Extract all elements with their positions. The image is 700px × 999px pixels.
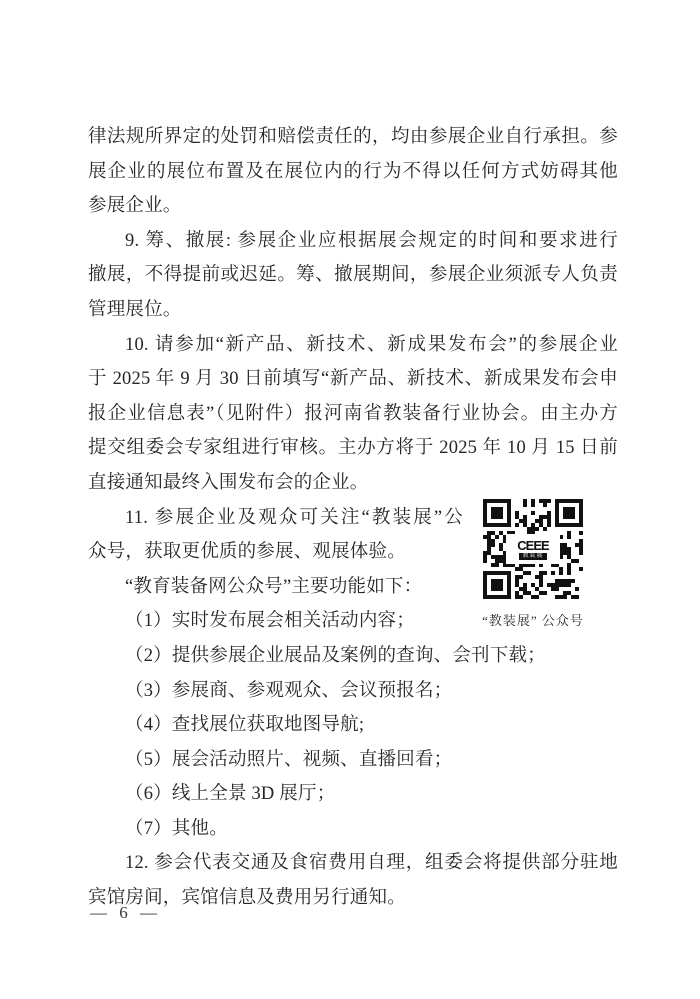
text-line: （7）其他。 <box>88 812 618 847</box>
qr-center-logo: CEEE 教装展 <box>508 536 558 562</box>
qr-block: CEEE 教装展 “教装展” 公众号 <box>481 498 585 600</box>
text-line: （2）提供参展企业展品及案例的查询、会刊下载； <box>88 639 618 674</box>
text-line: 直接通知最终入围发布会的企业。 <box>88 466 618 501</box>
text-line: 提交组委会专家组进行审核。主办方将于 2025 年 10 月 15 日前 <box>88 431 618 466</box>
text-line: 报企业信息表”（见附件）报河南省教装备行业协会。由主办方 <box>88 397 618 432</box>
text-line: （1）实时发布展会相关活动内容； <box>88 604 463 639</box>
scanned-document-page: 律法规所界定的处罚和赔偿责任的，均由参展企业自行承担。参展企业的展位布置及在展位… <box>0 0 700 999</box>
text-line: 撤展，不得提前或迟延。筹、撤展期间，参展企业须派专人负责 <box>88 258 618 293</box>
text-line: （6）线上全景 3D 展厅； <box>88 777 618 812</box>
qr-logo-text: CEEE <box>517 539 548 552</box>
text-line: 11. 参展企业及观众可关注“教装展”公 <box>88 501 463 536</box>
text-line: 众号，获取更优质的参展、观展体验。 <box>88 535 463 570</box>
text-line: 宾馆房间，宾馆信息及费用另行通知。 <box>88 881 618 916</box>
text-line: 管理展位。 <box>88 293 618 328</box>
page-number: — 6 — <box>90 903 161 923</box>
text-line: 10. 请参加“新产品、新技术、新成果发布会”的参展企业 <box>88 328 618 363</box>
text-line: 展企业的展位布置及在展位内的行为不得以任何方式妨碍其他 <box>88 155 618 190</box>
text-line: 12. 参会代表交通及食宿费用自理，组委会将提供部分驻地 <box>88 846 618 881</box>
text-line: （5）展会活动照片、视频、直播回看； <box>88 743 618 778</box>
text-line: （4）查找展位获取地图导航; <box>88 708 618 743</box>
qr-code: CEEE 教装展 <box>481 498 585 600</box>
text-line: 9. 筹、撤展: 参展企业应根据展会规定的时间和要求进行筹、 <box>88 224 618 259</box>
text-line: “教育装备网公众号”主要功能如下： <box>88 570 463 605</box>
qr-caption: “教装展” 公众号 <box>448 610 618 629</box>
text-line: 律法规所界定的处罚和赔偿责任的，均由参展企业自行承担。参 <box>88 120 618 155</box>
text-line: 于 2025 年 9 月 30 日前填写“新产品、新技术、新成果发布会申 <box>88 362 618 397</box>
text-line: 参展企业。 <box>88 189 618 224</box>
qr-logo-banner: 教装展 <box>519 553 546 560</box>
text-line: （3）参展商、参观观众、会议预报名； <box>88 674 618 709</box>
